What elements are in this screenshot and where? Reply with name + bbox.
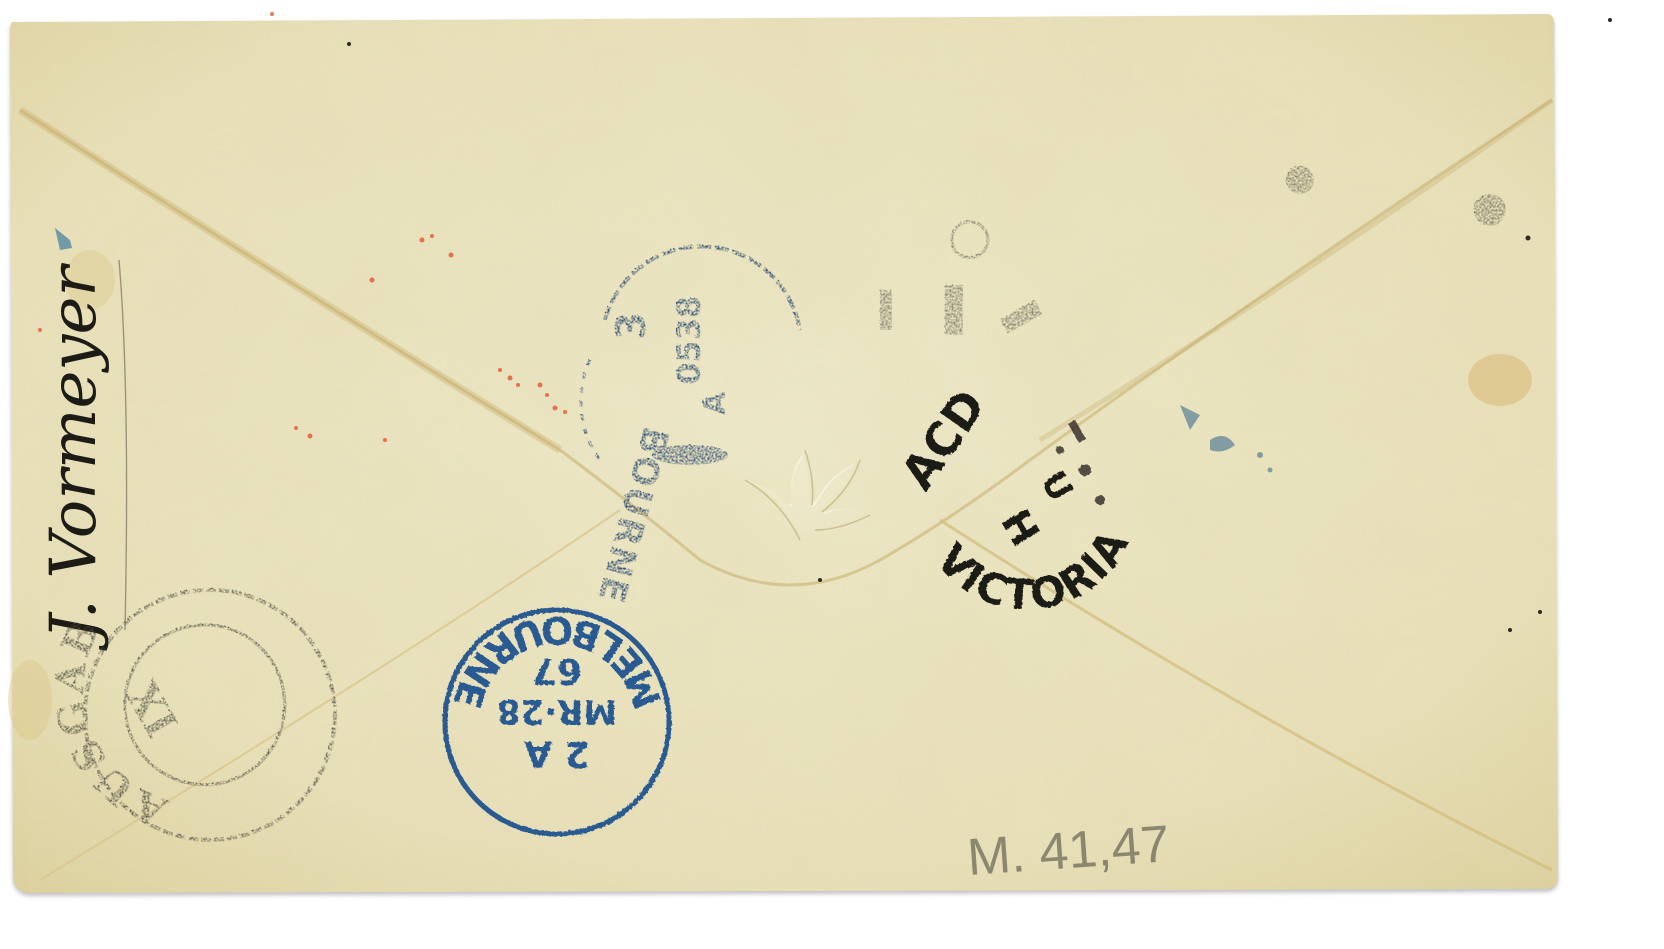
envelope-scene: J. Vormeyer AUSGABE IX MELBOURNE 2 A MR·…: [0, 0, 1664, 949]
svg-text:3: 3: [609, 312, 655, 340]
svg-text:A: A: [698, 391, 733, 415]
paper-aging-stains: [8, 14, 1558, 893]
svg-text:0538: 0538: [670, 296, 708, 385]
svg-text:67: 67: [532, 650, 582, 691]
svg-text:MR·28: MR·28: [497, 691, 617, 731]
svg-text:J. Vormeyer: J. Vormeyer: [37, 263, 111, 651]
svg-text:2 A: 2 A: [524, 733, 590, 774]
